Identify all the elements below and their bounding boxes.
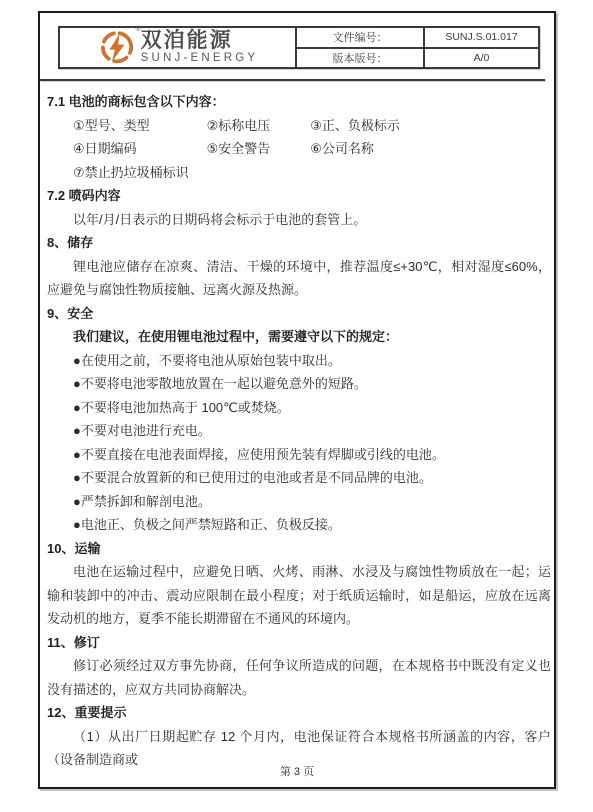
- section-9-intro: 我们建议，在使用锂电池过程中，需要遵守以下的规定：: [47, 325, 551, 349]
- version-row: 版本版号： A/0: [297, 49, 538, 68]
- header-table: ® 双洎能源 SUNJ-ENERGY 文件编号： SUNJ.S.01.017 版…: [58, 26, 540, 69]
- doc-number-value: SUNJ.S.01.017: [425, 28, 538, 47]
- safety-rule-item: ●在使用之前，不要将电池从原始包装中取出。: [47, 349, 551, 373]
- section-8-paragraph: 锂电池应储存在凉爽、清洁、干燥的环境中，推荐温度≤+30℃，相对湿度≤60%，应…: [47, 255, 551, 302]
- safety-rule-item: ●电池正、负极之间严禁短路和正、负极反接。: [47, 513, 551, 537]
- section-10-paragraph: 电池在运输过程中，应避免日晒、火烤、雨淋、水浸及与腐蚀性物质放在一起；运输和装卸…: [47, 560, 551, 631]
- safety-rule-item: ●严禁拆卸和解剖电池。: [47, 490, 551, 514]
- header-info-table: 文件编号： SUNJ.S.01.017 版本版号： A/0: [297, 28, 538, 67]
- trademark-items-row-1: ①型号、类型 ②标称电压 ③正、负极标示: [47, 114, 551, 138]
- section-11-paragraph: 修订必须经过双方事先协商，任何争议所造成的问题，在本规格书中既没有定义也没有描述…: [47, 654, 551, 701]
- safety-rule-item: ●不要对电池进行充电。: [47, 419, 551, 443]
- safety-rule-item: ●不要将电池加热高于 100℃或焚烧。: [47, 396, 551, 420]
- trademark-items-row-2: ④日期编码 ⑤安全警告 ⑥公司名称: [47, 137, 551, 161]
- section-7-1-heading: 7.1 电池的商标包含以下内容：: [47, 90, 551, 114]
- version-value: A/0: [425, 49, 538, 68]
- trademark-item: ③正、负极标示: [310, 118, 400, 133]
- brand-block: 双洎能源 SUNJ-ENERGY: [141, 30, 259, 65]
- trademark-item: ⑤安全警告: [207, 137, 307, 161]
- page-border-frame: ® 双洎能源 SUNJ-ENERGY 文件编号： SUNJ.S.01.017 版…: [38, 11, 556, 789]
- trademark-item: ⑥公司名称: [310, 141, 374, 156]
- trademark-item: ②标称电压: [207, 114, 307, 138]
- trademark-items-row-3: ⑦禁止扔垃圾桶标识: [47, 161, 551, 185]
- lightning-bolt-circle-icon: ®: [97, 28, 137, 68]
- document-body: 7.1 电池的商标包含以下内容： ①型号、类型 ②标称电压 ③正、负极标示 ④日…: [47, 90, 551, 772]
- page-number: 第 3 页: [40, 763, 554, 779]
- section-7-2-heading: 7.2 喷码内容: [47, 184, 551, 208]
- section-12-heading: 12、重要提示: [47, 701, 551, 725]
- section-9-heading: 9、安全: [47, 302, 551, 326]
- section-7-2-paragraph: 以年/月/日表示的日期码将会标示于电池的套管上。: [47, 208, 551, 232]
- safety-rule-item: ●不要将电池零散地放置在一起以避免意外的短路。: [47, 372, 551, 396]
- brand-name-chinese: 双洎能源: [141, 30, 259, 51]
- doc-number-row: 文件编号： SUNJ.S.01.017: [297, 28, 538, 49]
- trademark-item: ⑦禁止扔垃圾桶标识: [73, 165, 189, 180]
- registered-trademark-symbol: ®: [136, 26, 141, 33]
- version-label: 版本版号：: [297, 49, 425, 68]
- trademark-item: ①型号、类型: [73, 114, 203, 138]
- section-11-heading: 11、修订: [47, 631, 551, 655]
- header-divider-line: [40, 79, 545, 81]
- safety-rule-item: ●不要直接在电池表面焊接，应使用预先装有焊脚或引线的电池。: [47, 443, 551, 467]
- section-8-heading: 8、储存: [47, 231, 551, 255]
- safety-rule-item: ●不要混合放置新的和已使用过的电池或者是不同品牌的电池。: [47, 466, 551, 490]
- section-10-heading: 10、运输: [47, 537, 551, 561]
- logo-cell: ® 双洎能源 SUNJ-ENERGY: [60, 28, 297, 67]
- doc-number-label: 文件编号：: [297, 28, 425, 47]
- brand-name-english: SUNJ-ENERGY: [141, 53, 259, 65]
- trademark-item: ④日期编码: [73, 137, 203, 161]
